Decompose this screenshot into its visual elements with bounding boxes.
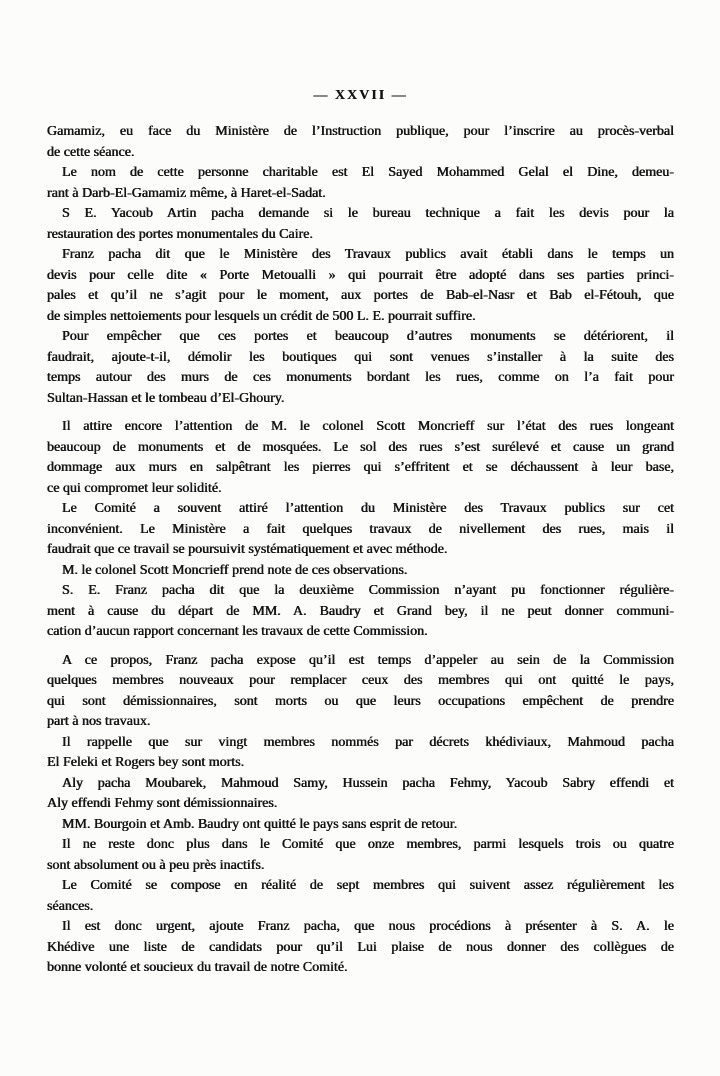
text-line: MM. Bourgoin et Amb. Baudry ont quitté l… — [47, 815, 674, 836]
paragraph: M. le colonel Scott Moncrieff prend note… — [47, 561, 674, 582]
text-line: Franz pacha dit que le Ministère des Tra… — [47, 245, 674, 266]
text-line: Aly pacha Moubarek, Mahmoud Samy, Hussei… — [47, 774, 674, 795]
paragraph: Le nom de cette personne charitable est … — [47, 163, 674, 204]
text-line: sont absolument ou à peu près inactifs. — [47, 856, 674, 877]
scanned-document-page: — XXVII — Gamamiz, eu face du Ministère … — [0, 0, 720, 1076]
text-line: Il rappelle que sur vingt membres nommés… — [47, 733, 674, 754]
paragraph: Il rappelle que sur vingt membres nommés… — [47, 733, 674, 774]
text-line: Sultan-Hassan et le tombeau d’El-Ghoury. — [47, 389, 674, 410]
text-line: inconvénient. Le Ministère a fait quelqu… — [47, 520, 674, 541]
text-line: Le nom de cette personne charitable est … — [47, 163, 674, 184]
text-line: El Feleki et Rogers bey sont morts. — [47, 753, 674, 774]
text-line: restauration des portes monumentales du … — [47, 225, 674, 246]
text-line: Il attire encore l’attention de M. le co… — [47, 417, 674, 438]
text-line: de cette séance. — [47, 143, 674, 164]
text-line: Aly effendi Fehmy sont démissionnaires. — [47, 794, 674, 815]
text-line: A ce propos, Franz pacha expose qu’il es… — [47, 651, 674, 672]
text-line: cation d’aucun rapport concernant les tr… — [47, 622, 674, 643]
text-line: Le Comité se compose en réalité de sept … — [47, 876, 674, 897]
text-line: de simples nettoiements pour lesquels un… — [47, 307, 674, 328]
paragraph: Il attire encore l’attention de M. le co… — [47, 417, 674, 499]
text-line: ment à cause du départ de MM. A. Baudry … — [47, 602, 674, 623]
page-number-header: — XXVII — — [47, 88, 674, 104]
text-line: S. E. Franz pacha dit que la deuxième Co… — [47, 581, 674, 602]
text-line: qui sont démissionnaires, sont morts ou … — [47, 692, 674, 713]
paragraph: Le Comité a souvent attiré l’attention d… — [47, 499, 674, 561]
text-line: rant à Darb-El-Gamamiz même, à Haret-el-… — [47, 184, 674, 205]
text-line: séances. — [47, 897, 674, 918]
paragraph: A ce propos, Franz pacha expose qu’il es… — [47, 651, 674, 733]
text-line: temps autour des murs de ces monuments b… — [47, 368, 674, 389]
text-line: quelques membres nouveaux pour remplacer… — [47, 671, 674, 692]
text-line: devis pour celle dite « Porte Metoualli … — [47, 266, 674, 287]
text-line: dommage aux murs en salpêtrant les pierr… — [47, 458, 674, 479]
text-line: ce qui compromet leur solidité. — [47, 479, 674, 500]
text-line: Le Comité a souvent attiré l’attention d… — [47, 499, 674, 520]
text-line: S E. Yacoub Artin pacha demande si le bu… — [47, 204, 674, 225]
text-line: Pour empêcher que ces portes et beaucoup… — [47, 327, 674, 348]
paragraph: Aly pacha Moubarek, Mahmoud Samy, Hussei… — [47, 774, 674, 815]
text-line: Khédive une liste de candidats pour qu’i… — [47, 938, 674, 959]
text-line: pales et qu’il ne s’agit pour le moment,… — [47, 286, 674, 307]
text-line: M. le colonel Scott Moncrieff prend note… — [47, 561, 674, 582]
text-line: part à nos travaux. — [47, 712, 674, 733]
paragraph: Le Comité se compose en réalité de sept … — [47, 876, 674, 917]
text-line: faudrait, ajoute-t-il, démolir les bouti… — [47, 348, 674, 369]
text-line: Il ne reste donc plus dans le Comité que… — [47, 835, 674, 856]
paragraph: Il est donc urgent, ajoute Franz pacha, … — [47, 917, 674, 979]
page-body: Gamamiz, eu face du Ministère de l’Instr… — [47, 122, 674, 979]
text-line: beaucoup de monuments et de mosquées. Le… — [47, 438, 674, 459]
text-line: faudrait que ce travail se poursuivit sy… — [47, 540, 674, 561]
paragraph: Gamamiz, eu face du Ministère de l’Instr… — [47, 122, 674, 163]
text-line: bonne volonté et soucieux du travail de … — [47, 958, 674, 979]
paragraph: MM. Bourgoin et Amb. Baudry ont quitté l… — [47, 815, 674, 836]
paragraph: Pour empêcher que ces portes et beaucoup… — [47, 327, 674, 409]
text-line: Il est donc urgent, ajoute Franz pacha, … — [47, 917, 674, 938]
paragraph: Franz pacha dit que le Ministère des Tra… — [47, 245, 674, 327]
paragraph: S. E. Franz pacha dit que la deuxième Co… — [47, 581, 674, 643]
paragraph: Il ne reste donc plus dans le Comité que… — [47, 835, 674, 876]
text-line: Gamamiz, eu face du Ministère de l’Instr… — [47, 122, 674, 143]
paragraph: S E. Yacoub Artin pacha demande si le bu… — [47, 204, 674, 245]
